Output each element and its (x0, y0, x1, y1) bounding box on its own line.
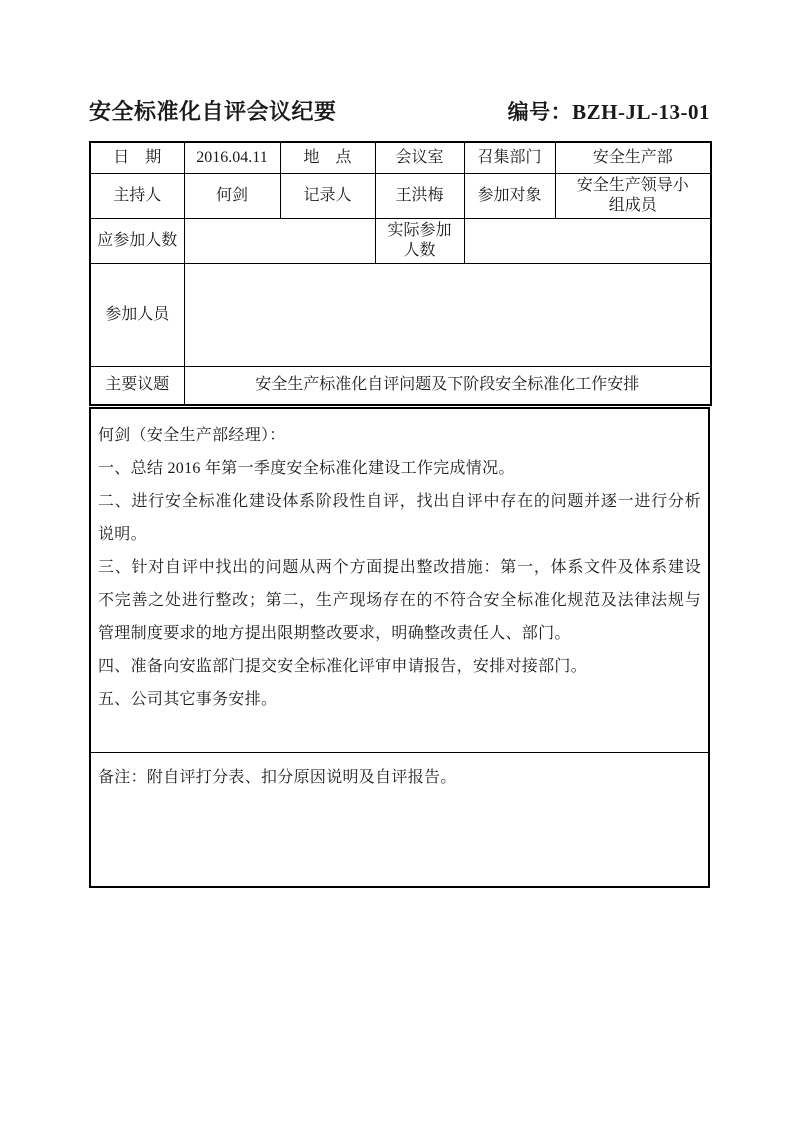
convener-value-cell: 安全生产部 (555, 142, 711, 173)
expected-count-value-cell (184, 218, 375, 263)
minutes-paragraph: 二、进行安全标准化建设体系阶段性自评，找出自评中存在的问题并逐一进行分析说明。 (98, 485, 701, 551)
participants-label-cell: 参加人员 (90, 263, 184, 366)
date-label-cell: 日 期 (90, 142, 184, 173)
attendee-target-value-cell: 安全生产领导小 组成员 (555, 173, 711, 218)
location-label-cell: 地 点 (280, 142, 375, 173)
document-page: 安全标准化自评会议纪要 编号：BZH-JL-13-01 日 期 2016.04.… (0, 0, 793, 1122)
recorder-label-cell: 记录人 (280, 173, 375, 218)
topic-value-cell: 安全生产标准化自评问题及下阶段安全标准化工作安排 (184, 366, 711, 405)
meeting-info-table: 日 期 2016.04.11 地 点 会议室 召集部门 安全生产部 主持人 何剑… (89, 141, 712, 406)
table-row: 主要议题 安全生产标准化自评问题及下阶段安全标准化工作安排 (90, 366, 711, 405)
actual-count-value-cell (464, 218, 711, 263)
host-value-cell: 何剑 (184, 173, 280, 218)
participants-value-cell (184, 263, 711, 366)
table-row: 主持人 何剑 记录人 王洪梅 参加对象 安全生产领导小 组成员 (90, 173, 711, 218)
minutes-content-box: 何剑（安全生产部经理）： 一、总结 2016 年第一季度安全标准化建设工作完成情… (89, 407, 710, 888)
remarks-text: 备注：附自评打分表、扣分原因说明及自评报告。 (98, 761, 701, 794)
recorder-value-cell: 王洪梅 (375, 173, 464, 218)
attendee-target-label-cell: 参加对象 (464, 173, 555, 218)
host-label-cell: 主持人 (90, 173, 184, 218)
table-row: 日 期 2016.04.11 地 点 会议室 召集部门 安全生产部 (90, 142, 711, 173)
table-row: 参加人员 (90, 263, 711, 366)
minutes-paragraph: 五、公司其它事务安排。 (98, 683, 701, 716)
minutes-paragraph: 一、总结 2016 年第一季度安全标准化建设工作完成情况。 (98, 452, 701, 485)
location-value-cell: 会议室 (375, 142, 464, 173)
date-value-cell: 2016.04.11 (184, 142, 280, 173)
topic-label-cell: 主要议题 (90, 366, 184, 405)
document-header: 安全标准化自评会议纪要 编号：BZH-JL-13-01 (89, 95, 710, 125)
table-row: 应参加人数 实际参加 人数 (90, 218, 711, 263)
remarks-divider (91, 752, 708, 753)
convener-label-cell: 召集部门 (464, 142, 555, 173)
actual-count-label-cell: 实际参加 人数 (375, 218, 464, 263)
page-title: 安全标准化自评会议纪要 (89, 95, 337, 126)
expected-count-label-cell: 应参加人数 (90, 218, 184, 263)
minutes-paragraph: 四、准备向安监部门提交安全标准化评审申请报告，安排对接部门。 (98, 650, 701, 683)
minutes-paragraph: 三、针对自评中找出的问题从两个方面提出整改措施：第一，体系文件及体系建设不完善之… (98, 551, 701, 650)
document-number: 编号：BZH-JL-13-01 (508, 96, 710, 126)
minutes-paragraph: 何剑（安全生产部经理）： (98, 419, 701, 452)
